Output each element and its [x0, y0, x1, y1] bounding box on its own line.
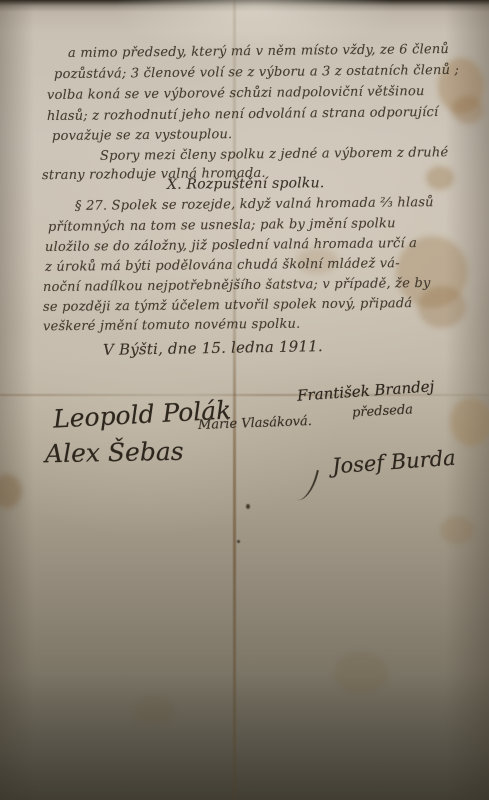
ink-flourish [295, 467, 319, 504]
stain [450, 398, 489, 446]
stain [440, 516, 474, 544]
handwritten-line: veškeré jmění tomuto novému spolku. [43, 317, 301, 335]
handwritten-line: noční nadílkou nejpotřebnějšího šatstva;… [43, 276, 431, 295]
section-heading: X. Rozpuštění spolku. [167, 175, 325, 193]
handwritten-line: volba koná se ve výborové schůzi nadpolo… [47, 84, 425, 103]
handwritten-line: Spory mezi členy spolku z jedné a výbore… [100, 145, 448, 164]
stain [334, 652, 388, 694]
handwritten-line: uložilo se do záložny, již poslední valn… [45, 236, 417, 255]
manuscript-photo: a mimo předsedy, který má v něm místo vž… [0, 0, 489, 800]
stain [0, 474, 22, 508]
handwritten-line: pozůstává; 3 členové volí se z výboru a … [54, 63, 459, 82]
handwritten-line: se později za týmž účelem utvořil spolek… [43, 296, 412, 315]
signature-chairman-title: předseda [352, 402, 414, 420]
handwritten-line: považuje se za vystouplou. [52, 127, 233, 144]
stain [134, 696, 174, 724]
stain [426, 166, 454, 190]
dateline: V Býšti, dne 15. ledna 1911. [103, 337, 323, 359]
signature-left-2: Alex Šebas [45, 437, 184, 468]
handwritten-line: § 27. Spolek se rozejde, když valná hrom… [75, 195, 434, 214]
handwritten-line: hlasů; z rozhodnutí jeho není odvolání a… [47, 105, 438, 124]
ink-speck [246, 504, 250, 509]
signature-right: Josef Burda [331, 446, 456, 479]
signature-center: Marie Vlasáková. [198, 414, 312, 433]
signature-chairman: František Brandej [297, 377, 435, 405]
stain [418, 286, 466, 328]
stain [452, 96, 484, 124]
handwritten-line: z úroků má býti podělována chudá školní … [45, 256, 400, 275]
handwritten-line: přítomných na tom se usnesla; pak by jmě… [48, 216, 396, 235]
handwritten-line: a mimo předsedy, který má v něm místo vž… [68, 42, 449, 61]
ink-speck [237, 540, 240, 543]
